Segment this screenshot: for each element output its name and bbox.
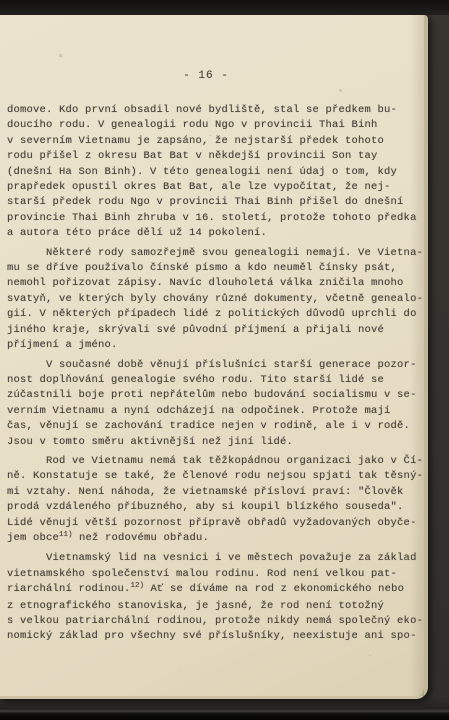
footnote-ref-12: 12) bbox=[131, 582, 145, 590]
page-number: - 16 - bbox=[0, 70, 412, 82]
scan-top-shadow bbox=[0, 0, 449, 15]
scanned-document-view: - 16 - domove. Kdo první obsadil nové by… bbox=[0, 0, 449, 720]
paragraph-2: Některé rody samozřejmě svou genealogii … bbox=[7, 246, 421, 354]
paragraph-1: domove. Kdo první obsadil nové bydliště,… bbox=[7, 103, 421, 242]
paragraph-4: Rod ve Vietnamu nemá tak těžkopádnou org… bbox=[7, 454, 421, 547]
paragraph-4-continued: než rodovému obřadu. bbox=[73, 532, 210, 544]
paragraph-3: V současné době věnují příslušníci starš… bbox=[7, 358, 421, 450]
scan-bottom-shadow bbox=[0, 698, 449, 720]
document-text: domove. Kdo první obsadil nové bydliště,… bbox=[7, 103, 421, 645]
footnote-ref-11: 11) bbox=[59, 531, 73, 539]
paragraph-5: Vietnamský lid na vesnici i ve městech p… bbox=[7, 551, 421, 644]
document-page: - 16 - domove. Kdo první obsadil nové by… bbox=[0, 15, 428, 699]
